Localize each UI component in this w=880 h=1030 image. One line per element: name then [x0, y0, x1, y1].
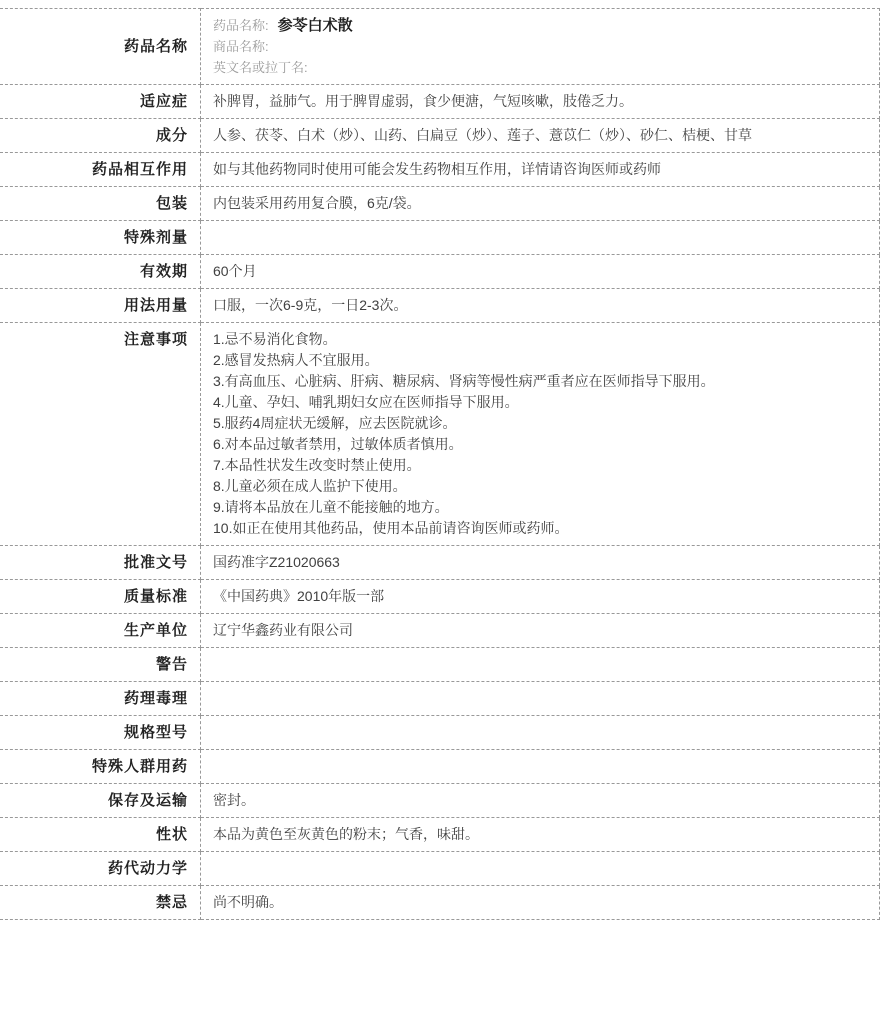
content-line: 商品名称:	[213, 36, 869, 57]
field-prefix: 药品名称:	[213, 18, 269, 33]
content-line: 药品名称:参苓白术散	[213, 15, 869, 36]
row-content-precautions: 1.忌不易消化食物。2.感冒发热病人不宜服用。3.有高血压、心脏病、肝病、糖尿病…	[201, 323, 880, 546]
content-line: 密封。	[213, 790, 869, 811]
table-row: 生产单位辽宁华鑫药业有限公司	[0, 614, 880, 648]
row-content-warning	[201, 648, 880, 682]
content-line: 5.服药4周症状无缓解，应去医院就诊。	[213, 413, 869, 434]
row-label-quality-standard: 质量标准	[0, 580, 201, 614]
table-row: 禁忌尚不明确。	[0, 886, 880, 920]
table-row: 注意事项1.忌不易消化食物。2.感冒发热病人不宜服用。3.有高血压、心脏病、肝病…	[0, 323, 880, 546]
table-row: 保存及运输密封。	[0, 784, 880, 818]
field-prefix: 英文名或拉丁名:	[213, 60, 308, 75]
row-label-warning: 警告	[0, 648, 201, 682]
table-row: 有效期60个月	[0, 255, 880, 289]
content-line: 8.儿童必须在成人监护下使用。	[213, 476, 869, 497]
row-content-special-populations	[201, 750, 880, 784]
row-content-manufacturer: 辽宁华鑫药业有限公司	[201, 614, 880, 648]
content-line: 如与其他药物同时使用可能会发生药物相互作用，详情请咨询医师或药师	[213, 159, 869, 180]
row-content-pharmacokinetics	[201, 852, 880, 886]
empty-content-line	[213, 654, 869, 675]
content-line: 4.儿童、孕妇、哺乳期妇女应在医师指导下服用。	[213, 392, 869, 413]
field-value: 参苓白术散	[278, 17, 353, 34]
content-line: 6.对本品过敏者禁用，过敏体质者慎用。	[213, 434, 869, 455]
content-line: 10.如正在使用其他药品，使用本品前请咨询医师或药师。	[213, 518, 869, 539]
content-line: 9.请将本品放在儿童不能接触的地方。	[213, 497, 869, 518]
row-content-approval-number: 国药准字Z21020663	[201, 546, 880, 580]
content-line: 内包装采用药用复合膜，6克/袋。	[213, 193, 869, 214]
row-label-precautions: 注意事项	[0, 323, 201, 546]
table-row: 用法用量口服，一次6-9克，一日2-3次。	[0, 289, 880, 323]
row-label-description: 性状	[0, 818, 201, 852]
row-label-contraindications: 禁忌	[0, 886, 201, 920]
table-row: 批准文号国药准字Z21020663	[0, 546, 880, 580]
content-line: 辽宁华鑫药业有限公司	[213, 620, 869, 641]
row-content-drug-name: 药品名称:参苓白术散商品名称:英文名或拉丁名:	[201, 9, 880, 85]
content-line: 60个月	[213, 261, 869, 282]
row-content-description: 本品为黄色至灰黄色的粉末；气香，味甜。	[201, 818, 880, 852]
row-content-indications: 补脾胃，益肺气。用于脾胃虚弱，食少便溏，气短咳嗽，肢倦乏力。	[201, 85, 880, 119]
row-label-ingredients: 成分	[0, 119, 201, 153]
table-row: 成分人参、茯苓、白术（炒）、山药、白扁豆（炒）、莲子、薏苡仁（炒）、砂仁、桔梗、…	[0, 119, 880, 153]
table-row: 性状本品为黄色至灰黄色的粉末；气香，味甜。	[0, 818, 880, 852]
content-line: 7.本品性状发生改变时禁止使用。	[213, 455, 869, 476]
row-content-storage-transport: 密封。	[201, 784, 880, 818]
row-label-specification-model: 规格型号	[0, 716, 201, 750]
empty-content-line	[213, 756, 869, 777]
table-row: 质量标准《中国药典》2010年版一部	[0, 580, 880, 614]
row-label-storage-transport: 保存及运输	[0, 784, 201, 818]
drug-info-page: 药品名称药品名称:参苓白术散商品名称:英文名或拉丁名:适应症补脾胃，益肺气。用于…	[0, 0, 880, 1030]
table-row: 特殊人群用药	[0, 750, 880, 784]
row-content-specification-model	[201, 716, 880, 750]
row-label-special-dosage: 特殊剂量	[0, 221, 201, 255]
content-line: 国药准字Z21020663	[213, 552, 869, 573]
empty-content-line	[213, 722, 869, 743]
row-label-manufacturer: 生产单位	[0, 614, 201, 648]
table-row: 药理毒理	[0, 682, 880, 716]
content-line: 本品为黄色至灰黄色的粉末；气香，味甜。	[213, 824, 869, 845]
row-content-ingredients: 人参、茯苓、白术（炒）、山药、白扁豆（炒）、莲子、薏苡仁（炒）、砂仁、桔梗、甘草	[201, 119, 880, 153]
table-row: 规格型号	[0, 716, 880, 750]
drug-info-table: 药品名称药品名称:参苓白术散商品名称:英文名或拉丁名:适应症补脾胃，益肺气。用于…	[0, 8, 880, 920]
table-row: 药代动力学	[0, 852, 880, 886]
content-line: 口服，一次6-9克，一日2-3次。	[213, 295, 869, 316]
empty-content-line	[213, 227, 869, 248]
content-line: 人参、茯苓、白术（炒）、山药、白扁豆（炒）、莲子、薏苡仁（炒）、砂仁、桔梗、甘草	[213, 125, 869, 146]
content-line: 尚不明确。	[213, 892, 869, 913]
empty-content-line	[213, 688, 869, 709]
row-content-packaging: 内包装采用药用复合膜，6克/袋。	[201, 187, 880, 221]
content-line: 3.有高血压、心脏病、肝病、糖尿病、肾病等慢性病严重者应在医师指导下服用。	[213, 371, 869, 392]
row-label-dosage-usage: 用法用量	[0, 289, 201, 323]
content-line: 补脾胃，益肺气。用于脾胃虚弱，食少便溏，气短咳嗽，肢倦乏力。	[213, 91, 869, 112]
row-content-shelf-life: 60个月	[201, 255, 880, 289]
row-content-quality-standard: 《中国药典》2010年版一部	[201, 580, 880, 614]
content-line: 1.忌不易消化食物。	[213, 329, 869, 350]
row-label-packaging: 包装	[0, 187, 201, 221]
field-prefix: 商品名称:	[213, 39, 269, 54]
table-row: 特殊剂量	[0, 221, 880, 255]
table-row: 包装内包装采用药用复合膜，6克/袋。	[0, 187, 880, 221]
table-row: 警告	[0, 648, 880, 682]
content-line: 2.感冒发热病人不宜服用。	[213, 350, 869, 371]
row-label-indications: 适应症	[0, 85, 201, 119]
empty-content-line	[213, 858, 869, 879]
row-label-shelf-life: 有效期	[0, 255, 201, 289]
table-row: 药品相互作用如与其他药物同时使用可能会发生药物相互作用，详情请咨询医师或药师	[0, 153, 880, 187]
row-content-drug-interactions: 如与其他药物同时使用可能会发生药物相互作用，详情请咨询医师或药师	[201, 153, 880, 187]
row-label-pharmacology-toxicology: 药理毒理	[0, 682, 201, 716]
row-label-drug-interactions: 药品相互作用	[0, 153, 201, 187]
table-row: 适应症补脾胃，益肺气。用于脾胃虚弱，食少便溏，气短咳嗽，肢倦乏力。	[0, 85, 880, 119]
table-row: 药品名称药品名称:参苓白术散商品名称:英文名或拉丁名:	[0, 9, 880, 85]
row-content-dosage-usage: 口服，一次6-9克，一日2-3次。	[201, 289, 880, 323]
row-label-pharmacokinetics: 药代动力学	[0, 852, 201, 886]
content-line: 英文名或拉丁名:	[213, 57, 869, 78]
row-label-special-populations: 特殊人群用药	[0, 750, 201, 784]
row-content-special-dosage	[201, 221, 880, 255]
row-content-contraindications: 尚不明确。	[201, 886, 880, 920]
row-content-pharmacology-toxicology	[201, 682, 880, 716]
row-label-drug-name: 药品名称	[0, 9, 201, 85]
content-line: 《中国药典》2010年版一部	[213, 586, 869, 607]
row-label-approval-number: 批准文号	[0, 546, 201, 580]
